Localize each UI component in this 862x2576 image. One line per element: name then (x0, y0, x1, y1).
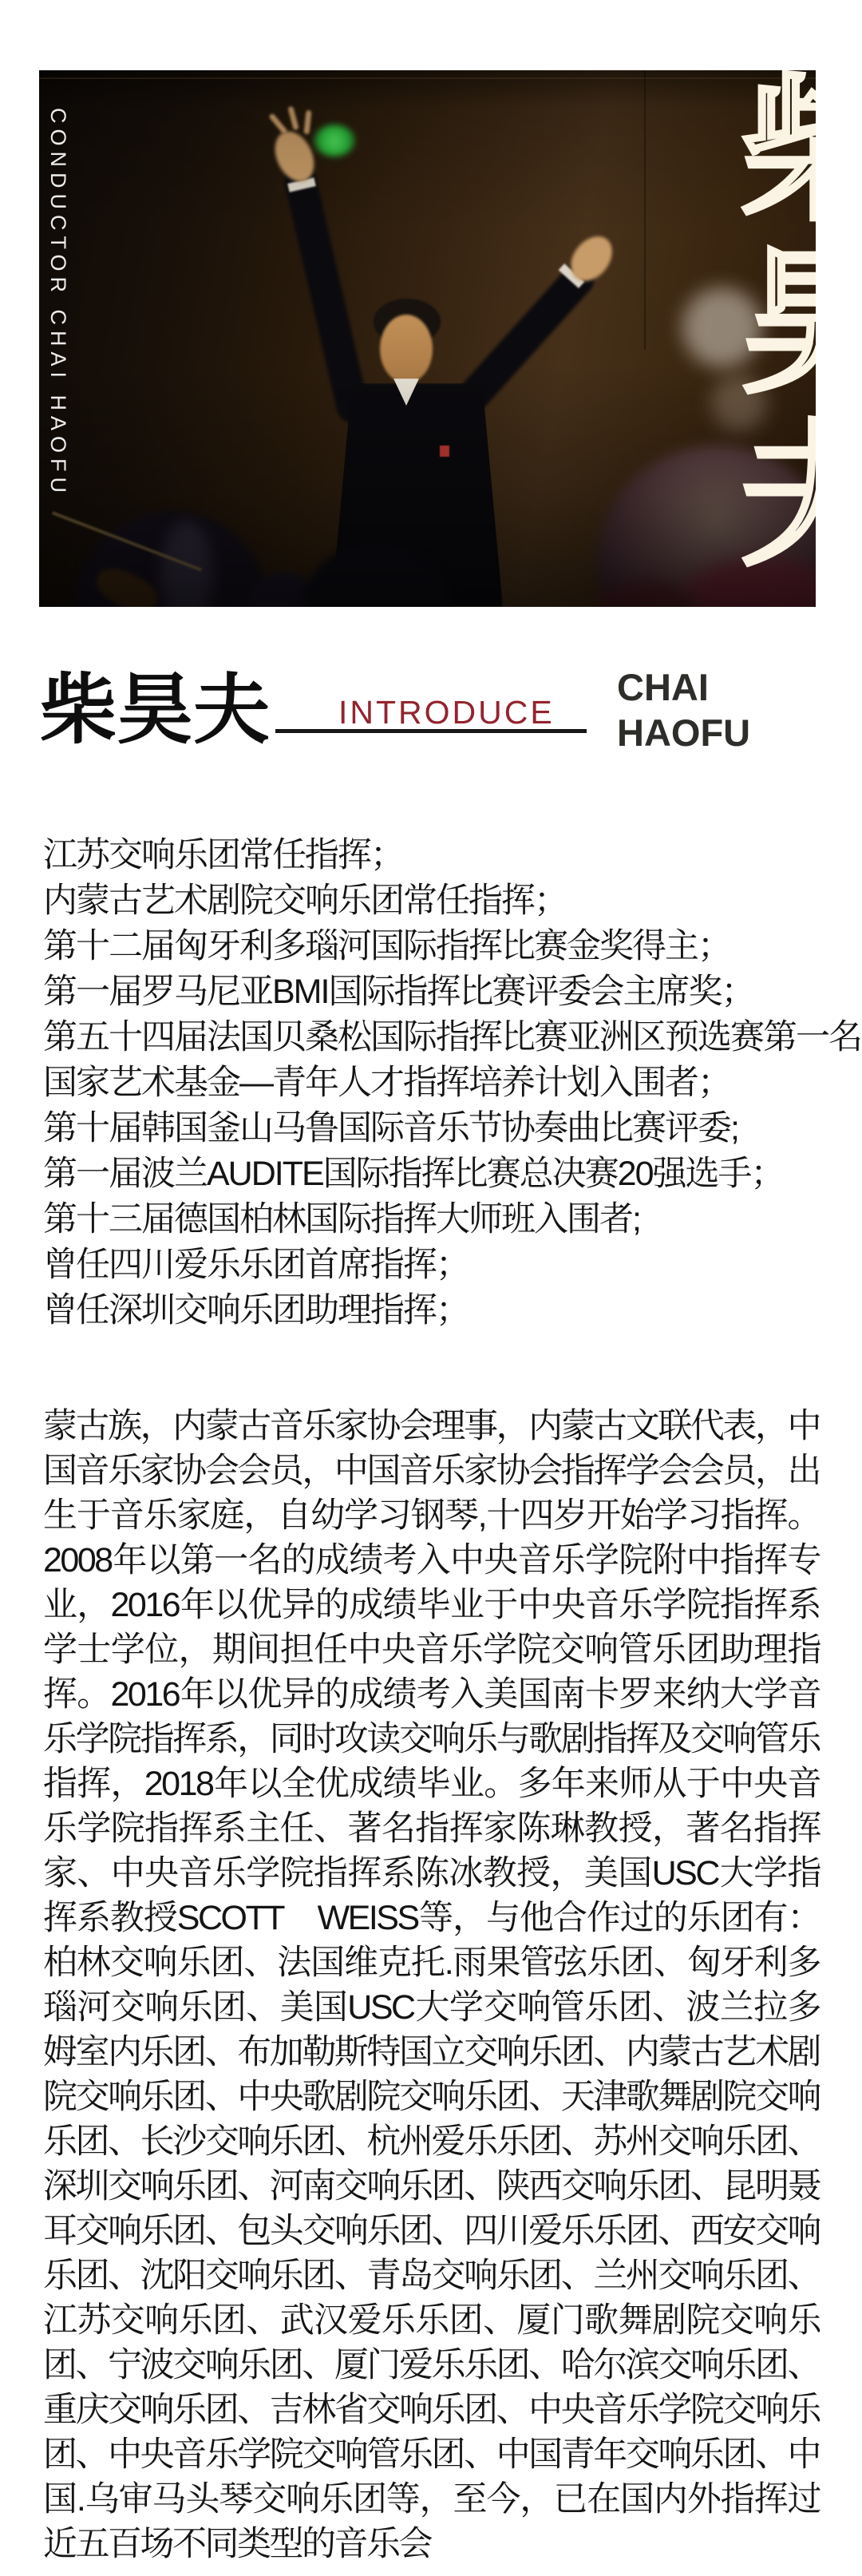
achievement-item: 曾任四川爱乐乐团首席指挥； (43, 1242, 829, 1288)
achievement-item: 第一届罗马尼亚BMI国际指挥比赛评委会主席奖； (43, 969, 829, 1015)
name-char-3: 夫 (741, 410, 816, 583)
achievement-item: 第十三届德国柏林国际指挥大师班入围者; (43, 1197, 829, 1242)
biography-paragraph: 蒙古族，内蒙古音乐家协会理事，内蒙古文联代表，中国音乐家协会会员，中国音乐家协会… (43, 1404, 820, 2566)
page-title-chinese: 柴昊夫 (40, 672, 270, 749)
name-char-2: 昊 (741, 238, 816, 410)
achievement-item: 第一届波兰AUDITE国际指挥比赛总决赛20强选手； (43, 1151, 829, 1197)
achievement-item: 国家艺术基金—青年人才指挥培养计划入围者； (43, 1060, 829, 1106)
introduce-label: INTRODUCE (338, 696, 555, 729)
conductor-photo: CONDUCTOR CHAI HAOFU 柴 昊 夫 (39, 70, 816, 607)
achievement-item: 第十届韩国釜山马鲁国际音乐节协奏曲比赛评委; (43, 1106, 829, 1151)
title-underline (275, 729, 587, 733)
achievement-item: 内蒙古艺术剧院交响乐团常任指挥； (43, 878, 829, 924)
photo-vignette (39, 70, 816, 607)
name-english-line2: HAOFU (617, 710, 750, 755)
achievement-item: 第五十四届法国贝桑松国际指挥比赛亚洲区预选赛第一名 (43, 1015, 829, 1060)
name-english: CHAI HAOFU (617, 664, 750, 755)
achievement-item: 江苏交响乐团常任指挥； (43, 833, 829, 878)
page: { "photo": { "vertical_caption": "CONDUC… (0, 0, 862, 2576)
photo-vertical-caption: CONDUCTOR CHAI HAOFU (45, 108, 70, 596)
achievement-item: 曾任深圳交响乐团助理指挥； (43, 1288, 829, 1334)
achievement-item: 第十二届匈牙利多瑙河国际指挥比赛金奖得主； (43, 924, 829, 969)
name-english-line1: CHAI (617, 664, 750, 710)
photo-vertical-name: 柴 昊 夫 (741, 70, 816, 583)
name-char-1: 柴 (741, 70, 816, 238)
achievements-list: 江苏交响乐团常任指挥； 内蒙古艺术剧院交响乐团常任指挥； 第十二届匈牙利多瑙河国… (43, 833, 829, 1334)
